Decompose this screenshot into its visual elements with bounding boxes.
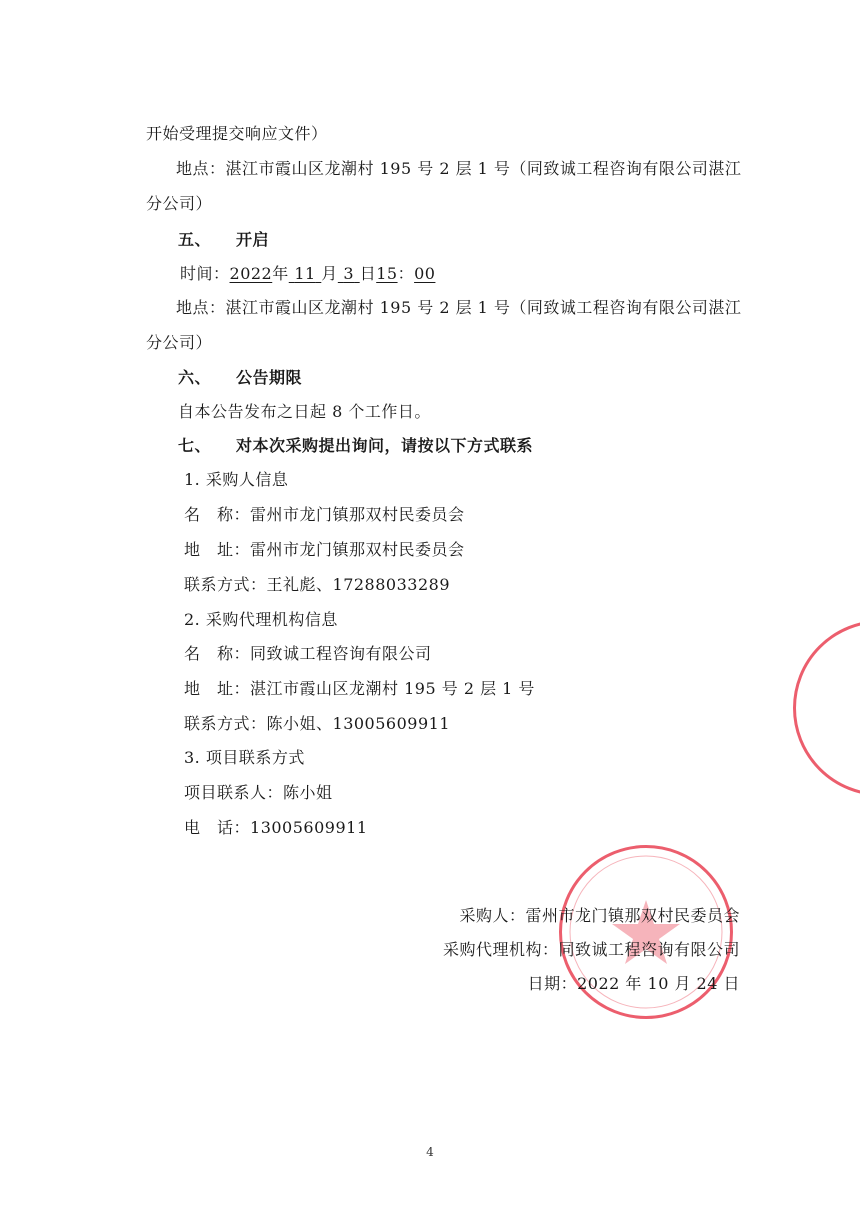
opening-year: 2022: [230, 264, 273, 283]
section-5-number: 五、: [178, 230, 236, 250]
agency-name-value: 同致诚工程咨询有限公司: [250, 644, 432, 663]
opening-month: 11: [289, 264, 322, 283]
section-6-title: 公告期限: [236, 368, 302, 387]
day-unit: 日: [360, 264, 377, 283]
location-2: 地点：湛江市霞山区龙潮村 195 号 2 层 1 号（同致诚工程咨询有限公司湛江: [176, 298, 741, 318]
partial-seal-stamp: [793, 620, 860, 796]
agency-address-value: 湛江市霞山区龙潮村 195 号 2 层 1 号: [250, 679, 535, 698]
opening-minute: 00: [414, 264, 435, 283]
section-5-heading: 五、开启: [178, 230, 269, 250]
project-contact-heading: 3. 项目联系方式: [184, 748, 305, 768]
location-1-label: 地点：: [176, 159, 226, 178]
agency-address: 地 址：湛江市霞山区龙潮村 195 号 2 层 1 号: [184, 679, 535, 699]
agency-contact-label: 联系方式：: [184, 714, 267, 733]
section-7-number: 七、: [178, 436, 236, 456]
opening-time: 时间：2022年 11 月 3 日15：00: [180, 264, 435, 284]
agency-info-heading: 2. 采购代理机构信息: [184, 610, 338, 630]
day-value: 3: [343, 264, 354, 283]
project-contact-person: 项目联系人：陈小姐: [184, 783, 333, 803]
agency-name: 名 称：同致诚工程咨询有限公司: [184, 644, 432, 664]
agency-address-label: 地 址：: [184, 679, 250, 698]
purchaser-contact: 联系方式：王礼彪、17288033289: [184, 575, 450, 595]
section-6-number: 六、: [178, 368, 236, 388]
month-unit: 月: [321, 264, 338, 283]
agency-name-label: 名 称：: [184, 644, 250, 663]
section-5-title: 开启: [236, 230, 269, 249]
signature-date: 日期：2022 年 10 月 24 日: [528, 974, 740, 994]
signature-agency: 采购代理机构：同致诚工程咨询有限公司: [443, 940, 740, 960]
opening-day: 3: [338, 264, 360, 283]
purchaser-address-label: 地 址：: [184, 540, 250, 559]
purchaser-name-label: 名 称：: [184, 505, 250, 524]
signature-purchaser: 采购人：雷州市龙门镇那双村民委员会: [459, 906, 740, 926]
location-1-text: 湛江市霞山区龙潮村 195 号 2 层 1 号（同致诚工程咨询有限公司湛江: [226, 159, 742, 178]
project-contact-phone-label: 电 话：: [184, 818, 250, 837]
purchaser-contact-value: 王礼彪、17288033289: [267, 575, 450, 594]
purchaser-address: 地 址：雷州市龙门镇那双村民委员会: [184, 540, 465, 560]
purchaser-name: 名 称：雷州市龙门镇那双村民委员会: [184, 505, 465, 525]
agency-contact-value: 陈小姐、13005609911: [267, 714, 450, 733]
location-2-wrap: 分公司）: [146, 333, 212, 353]
section-6-body: 自本公告发布之日起 8 个工作日。: [178, 402, 431, 422]
location-2-label: 地点：: [176, 298, 226, 317]
location-1: 地点：湛江市霞山区龙潮村 195 号 2 层 1 号（同致诚工程咨询有限公司湛江: [176, 159, 741, 179]
project-contact-person-value: 陈小姐: [283, 783, 333, 802]
section-7-heading: 七、对本次采购提出询问，请按以下方式联系: [178, 436, 533, 456]
project-contact-phone: 电 话：13005609911: [184, 818, 368, 838]
time-separator: ：: [398, 264, 415, 283]
location-2-text: 湛江市霞山区龙潮村 195 号 2 层 1 号（同致诚工程咨询有限公司湛江: [226, 298, 742, 317]
agency-contact: 联系方式：陈小姐、13005609911: [184, 714, 450, 734]
location-1-wrap: 分公司）: [146, 194, 212, 214]
purchaser-name-value: 雷州市龙门镇那双村民委员会: [250, 505, 465, 524]
project-contact-phone-value: 13005609911: [250, 818, 367, 837]
opening-hour: 15: [376, 264, 397, 283]
purchaser-address-value: 雷州市龙门镇那双村民委员会: [250, 540, 465, 559]
year-unit: 年: [272, 264, 289, 283]
purchaser-contact-label: 联系方式：: [184, 575, 267, 594]
project-contact-person-label: 项目联系人：: [184, 783, 283, 802]
month-value: 11: [294, 264, 315, 283]
section-7-title: 对本次采购提出询问，请按以下方式联系: [236, 436, 533, 455]
page-number: 4: [0, 1145, 860, 1159]
purchaser-info-heading: 1. 采购人信息: [184, 470, 288, 490]
section-6-heading: 六、公告期限: [178, 368, 302, 388]
continuation-text: 开始受理提交响应文件）: [146, 124, 328, 144]
opening-time-label: 时间：: [180, 264, 230, 283]
